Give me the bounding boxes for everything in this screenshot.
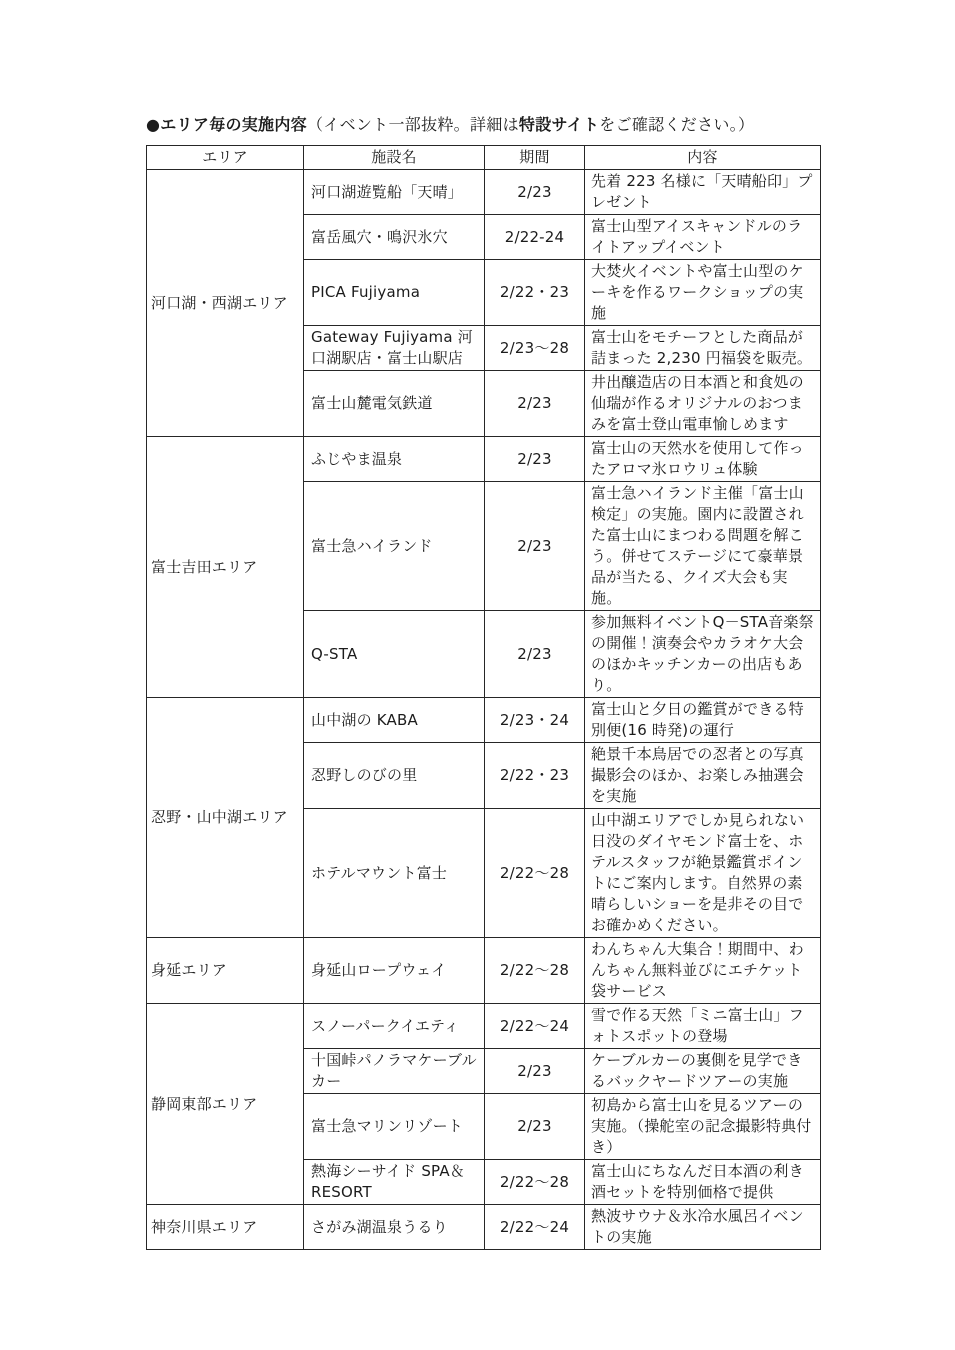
title-site-label: 特設サイト bbox=[519, 115, 599, 134]
content-cell: 大焚火イベントや富士山型のケーキを作るワークショップの実施 bbox=[585, 260, 821, 326]
table-row: 河口湖・西湖エリア河口湖遊覧船「天晴」2/23先着 223 名様に「天晴船印」プ… bbox=[147, 170, 821, 215]
facility-cell: ふじやま温泉 bbox=[304, 437, 485, 482]
table-row: 富士吉田エリアふじやま温泉2/23富士山の天然水を使用して作ったアロマ氷ロウリュ… bbox=[147, 437, 821, 482]
facility-cell: 十国峠パノラマケーブルカー bbox=[304, 1049, 485, 1094]
column-header-content: 内容 bbox=[585, 146, 821, 170]
area-cell: 身延エリア bbox=[147, 938, 304, 1004]
document-page: ●エリア毎の実施内容（イベント一部抜粋。詳細は特設サイトをご確認ください。） エ… bbox=[0, 0, 955, 1350]
content-cell: 雪で作る天然「ミニ富士山」フォトスポットの登場 bbox=[585, 1004, 821, 1049]
facility-cell: Q-STA bbox=[304, 611, 485, 698]
area-cell: 河口湖・西湖エリア bbox=[147, 170, 304, 437]
facility-cell: 富岳風穴・鳴沢氷穴 bbox=[304, 215, 485, 260]
table-row: 静岡東部エリアスノーパークイエティ2/22～24雪で作る天然「ミニ富士山」フォト… bbox=[147, 1004, 821, 1049]
content-cell: 井出醸造店の日本酒と和食処の仙瑞が作るオリジナルのおつまみを富士登山電車愉しめま… bbox=[585, 371, 821, 437]
content-cell: 富士山と夕日の鑑賞ができる特別便(16 時発)の運行 bbox=[585, 698, 821, 743]
facility-cell: 富士山麓電気鉄道 bbox=[304, 371, 485, 437]
content-cell: 富士山をモチーフとした商品が詰まった 2,230 円福袋を販売。 bbox=[585, 326, 821, 371]
content-cell: 富士山の天然水を使用して作ったアロマ氷ロウリュ体験 bbox=[585, 437, 821, 482]
facility-cell: 山中湖の KABA bbox=[304, 698, 485, 743]
header-row: エリア 施設名 期間 内容 bbox=[147, 146, 821, 170]
content-cell: 富士山型アイスキャンドルのライトアップイベント bbox=[585, 215, 821, 260]
page-title: ●エリア毎の実施内容（イベント一部抜粋。詳細は特設サイトをご確認ください。） bbox=[146, 113, 754, 137]
period-cell: 2/22・23 bbox=[485, 743, 585, 809]
facility-cell: さがみ湖温泉うるり bbox=[304, 1205, 485, 1250]
title-note-prefix: （イベント一部抜粋。詳細は bbox=[307, 115, 519, 134]
content-cell: ケーブルカーの裏側を見学できるバックヤードツアーの実施 bbox=[585, 1049, 821, 1094]
facility-cell: ホテルマウント富士 bbox=[304, 809, 485, 938]
content-cell: わんちゃん大集合！期間中、わんちゃん無料並びにエチケット袋サービス bbox=[585, 938, 821, 1004]
column-header-area: エリア bbox=[147, 146, 304, 170]
period-cell: 2/23 bbox=[485, 437, 585, 482]
area-cell: 神奈川県エリア bbox=[147, 1205, 304, 1250]
content-cell: 山中湖エリアでしか見られない日没のダイヤモンド富士を、ホテルスタッフが絶景鑑賞ポ… bbox=[585, 809, 821, 938]
facility-cell: スノーパークイエティ bbox=[304, 1004, 485, 1049]
period-cell: 2/23 bbox=[485, 371, 585, 437]
table-row: 忍野・山中湖エリア山中湖の KABA2/23・24富士山と夕日の鑑賞ができる特別… bbox=[147, 698, 821, 743]
content-cell: 参加無料イベントQ－STA音楽祭の開催！演奏会やカラオケ大会のほかキッチンカーの… bbox=[585, 611, 821, 698]
facility-cell: 富士急ハイランド bbox=[304, 482, 485, 611]
content-cell: 絶景千本鳥居での忍者との写真撮影会のほか、お楽しみ抽選会を実施 bbox=[585, 743, 821, 809]
period-cell: 2/22～28 bbox=[485, 809, 585, 938]
area-cell: 富士吉田エリア bbox=[147, 437, 304, 698]
facility-cell: 富士急マリンリゾート bbox=[304, 1094, 485, 1160]
area-cell: 静岡東部エリア bbox=[147, 1004, 304, 1205]
period-cell: 2/22～28 bbox=[485, 938, 585, 1004]
period-cell: 2/22～24 bbox=[485, 1004, 585, 1049]
title-note-suffix: をご確認ください。） bbox=[599, 115, 754, 134]
table-row: 神奈川県エリアさがみ湖温泉うるり2/22～24熱波サウナ＆氷冷水風呂イベントの実… bbox=[147, 1205, 821, 1250]
period-cell: 2/23 bbox=[485, 1049, 585, 1094]
column-header-facility: 施設名 bbox=[304, 146, 485, 170]
facility-cell: 熱海シーサイド SPA＆RESORT bbox=[304, 1160, 485, 1205]
period-cell: 2/23 bbox=[485, 1094, 585, 1160]
facility-cell: Gateway Fujiyama 河口湖駅店・富士山駅店 bbox=[304, 326, 485, 371]
content-cell: 初島から富士山を見るツアーの実施。（操舵室の記念撮影特典付き） bbox=[585, 1094, 821, 1160]
facility-cell: 忍野しのびの里 bbox=[304, 743, 485, 809]
period-cell: 2/22・23 bbox=[485, 260, 585, 326]
content-cell: 富士急ハイランド主催「富士山検定」の実施。園内に設置された富士山にまつわる問題を… bbox=[585, 482, 821, 611]
period-cell: 2/23・24 bbox=[485, 698, 585, 743]
period-cell: 2/23 bbox=[485, 482, 585, 611]
period-cell: 2/23 bbox=[485, 611, 585, 698]
facility-cell: 身延山ロープウェイ bbox=[304, 938, 485, 1004]
area-cell: 忍野・山中湖エリア bbox=[147, 698, 304, 938]
period-cell: 2/22～28 bbox=[485, 1160, 585, 1205]
title-heading: ●エリア毎の実施内容 bbox=[146, 115, 307, 134]
period-cell: 2/23 bbox=[485, 170, 585, 215]
content-cell: 富士山にちなんだ日本酒の利き酒セットを特別価格で提供 bbox=[585, 1160, 821, 1205]
period-cell: 2/22～24 bbox=[485, 1205, 585, 1250]
content-cell: 先着 223 名様に「天晴船印」プレゼント bbox=[585, 170, 821, 215]
facility-cell: 河口湖遊覧船「天晴」 bbox=[304, 170, 485, 215]
table-row: 身延エリア身延山ロープウェイ2/22～28わんちゃん大集合！期間中、わんちゃん無… bbox=[147, 938, 821, 1004]
column-header-period: 期間 bbox=[485, 146, 585, 170]
period-cell: 2/22-24 bbox=[485, 215, 585, 260]
content-cell: 熱波サウナ＆氷冷水風呂イベントの実施 bbox=[585, 1205, 821, 1250]
period-cell: 2/23～28 bbox=[485, 326, 585, 371]
facility-cell: PICA Fujiyama bbox=[304, 260, 485, 326]
event-table: エリア 施設名 期間 内容 河口湖・西湖エリア河口湖遊覧船「天晴」2/23先着 … bbox=[146, 145, 821, 1250]
